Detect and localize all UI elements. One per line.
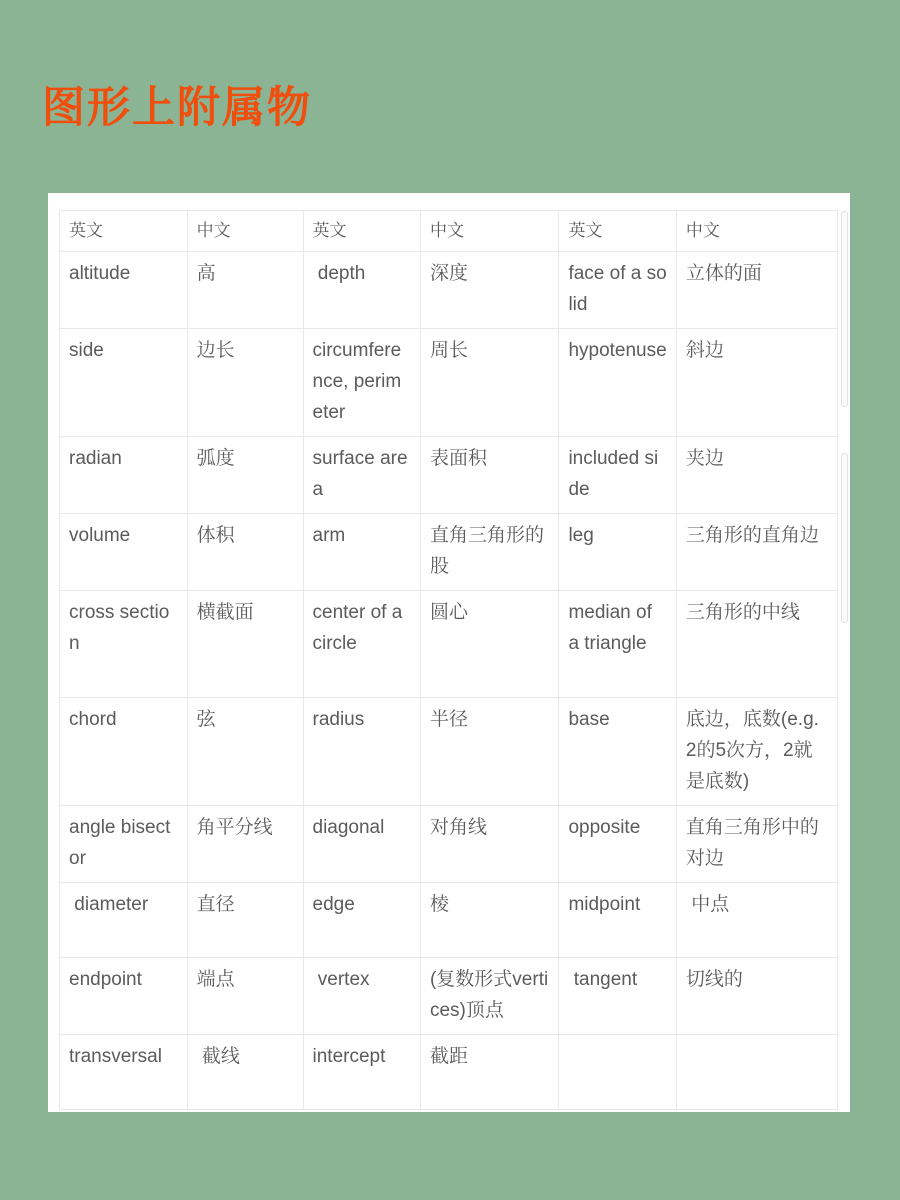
english-cell: vertex xyxy=(303,958,420,1035)
chinese-cell: 棱 xyxy=(420,883,558,958)
vocab-table: 英文 中文 英文 中文 英文 中文 altitude高 depth深度face … xyxy=(59,210,838,1110)
english-cell xyxy=(559,1035,676,1110)
table-row: side边长circumference, perimeter周长hypotenu… xyxy=(60,329,838,437)
chinese-cell: 弧度 xyxy=(187,437,303,514)
table-row: diameter直径edge棱midpoint 中点 xyxy=(60,883,838,958)
chinese-cell: 高 xyxy=(187,252,303,329)
chinese-cell: 直径 xyxy=(187,883,303,958)
chinese-cell: 对角线 xyxy=(420,806,558,883)
english-cell: depth xyxy=(303,252,420,329)
chinese-cell: 三角形的中线 xyxy=(676,591,837,698)
english-cell: arm xyxy=(303,514,420,591)
english-cell: endpoint xyxy=(60,958,188,1035)
table-row: angle bisector角平分线diagonal对角线opposite直角三… xyxy=(60,806,838,883)
english-cell: median of a triangle xyxy=(559,591,676,698)
chinese-cell: 边长 xyxy=(187,329,303,437)
english-cell: diagonal xyxy=(303,806,420,883)
chinese-cell: 端点 xyxy=(187,958,303,1035)
english-cell: leg xyxy=(559,514,676,591)
table-row: radian弧度surface area表面积included side夹边 xyxy=(60,437,838,514)
english-cell: diameter xyxy=(60,883,188,958)
chinese-cell: 直角三角形的股 xyxy=(420,514,558,591)
english-cell: included side xyxy=(559,437,676,514)
chinese-cell: 表面积 xyxy=(420,437,558,514)
english-cell: face of a solid xyxy=(559,252,676,329)
table-row: volume体积arm直角三角形的股leg三角形的直角边 xyxy=(60,514,838,591)
chinese-cell: 圆心 xyxy=(420,591,558,698)
chinese-cell: 直角三角形中的对边 xyxy=(676,806,837,883)
english-cell: circumference, perimeter xyxy=(303,329,420,437)
header-cell-english-2: 英文 xyxy=(303,211,420,252)
table-row: endpoint端点 vertex(复数形式vertices)顶点 tangen… xyxy=(60,958,838,1035)
content-card: 英文 中文 英文 中文 英文 中文 altitude高 depth深度face … xyxy=(48,193,850,1112)
chinese-cell: 半径 xyxy=(420,698,558,806)
chinese-cell: 立体的面 xyxy=(676,252,837,329)
english-cell: midpoint xyxy=(559,883,676,958)
header-cell-chinese-1: 中文 xyxy=(187,211,303,252)
english-cell: angle bisector xyxy=(60,806,188,883)
english-cell: center of a circle xyxy=(303,591,420,698)
header-cell-english-1: 英文 xyxy=(60,211,188,252)
chinese-cell: 斜边 xyxy=(676,329,837,437)
english-cell: volume xyxy=(60,514,188,591)
chinese-cell: 体积 xyxy=(187,514,303,591)
table-row: chord弦radius半径base底边，底数(e.g. 2的5次方，2就是底数… xyxy=(60,698,838,806)
chinese-cell: (复数形式vertices)顶点 xyxy=(420,958,558,1035)
table-row: cross section横截面center of a circle圆心medi… xyxy=(60,591,838,698)
english-cell: radian xyxy=(60,437,188,514)
page-background: { "page": { "title": "图形上附属物", "colors":… xyxy=(0,0,900,1200)
chinese-cell xyxy=(676,1035,837,1110)
chinese-cell: 周长 xyxy=(420,329,558,437)
header-cell-english-3: 英文 xyxy=(559,211,676,252)
english-cell: tangent xyxy=(559,958,676,1035)
english-cell: side xyxy=(60,329,188,437)
header-cell-chinese-2: 中文 xyxy=(420,211,558,252)
english-cell: cross section xyxy=(60,591,188,698)
chinese-cell: 角平分线 xyxy=(187,806,303,883)
english-cell: opposite xyxy=(559,806,676,883)
table-row: altitude高 depth深度face of a solid立体的面 xyxy=(60,252,838,329)
chinese-cell: 深度 xyxy=(420,252,558,329)
english-cell: transversal xyxy=(60,1035,188,1110)
chinese-cell: 夹边 xyxy=(676,437,837,514)
english-cell: base xyxy=(559,698,676,806)
chinese-cell: 底边，底数(e.g. 2的5次方，2就是底数) xyxy=(676,698,837,806)
table-row: transversal 截线intercept截距 xyxy=(60,1035,838,1110)
chinese-cell: 切线的 xyxy=(676,958,837,1035)
table-body: altitude高 depth深度face of a solid立体的面side… xyxy=(60,252,838,1110)
chinese-cell: 弦 xyxy=(187,698,303,806)
chinese-cell: 中点 xyxy=(676,883,837,958)
english-cell: surface area xyxy=(303,437,420,514)
english-cell: radius xyxy=(303,698,420,806)
chinese-cell: 截距 xyxy=(420,1035,558,1110)
english-cell: chord xyxy=(60,698,188,806)
english-cell: intercept xyxy=(303,1035,420,1110)
chinese-cell: 横截面 xyxy=(187,591,303,698)
english-cell: altitude xyxy=(60,252,188,329)
vertical-scrollbar-track-segment[interactable] xyxy=(841,453,848,623)
chinese-cell: 截线 xyxy=(187,1035,303,1110)
english-cell: hypotenuse xyxy=(559,329,676,437)
chinese-cell: 三角形的直角边 xyxy=(676,514,837,591)
english-cell: edge xyxy=(303,883,420,958)
page-title: 图形上附属物 xyxy=(42,74,312,135)
vertical-scrollbar-thumb[interactable] xyxy=(841,211,848,407)
header-cell-chinese-3: 中文 xyxy=(676,211,837,252)
header-row: 英文 中文 英文 中文 英文 中文 xyxy=(60,211,838,252)
